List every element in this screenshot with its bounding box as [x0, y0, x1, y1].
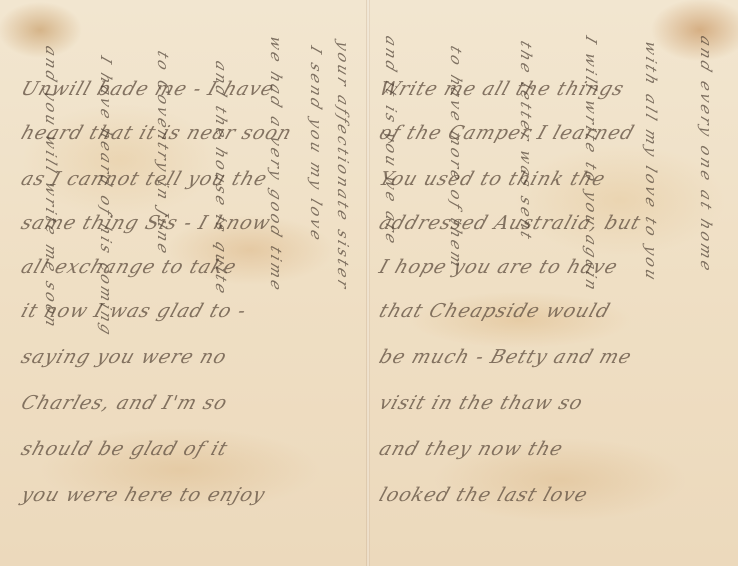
handwriting-line: and they now the [376, 438, 566, 460]
cross-writing-line: and every one at home [697, 33, 715, 276]
cross-writing-line: your affectionate sister [334, 38, 352, 293]
cross-writing-line: and you will write me soon [42, 43, 60, 332]
handwriting-line: addressed Australia, but [376, 212, 643, 234]
cross-writing-line: and it is you we are [382, 33, 400, 249]
handwriting-line: that Cheapside would [376, 300, 613, 322]
cross-writing-line: to Coventry in June [154, 48, 172, 259]
cross-writing-line: I will write to you again [582, 33, 600, 295]
letter-sheet: Unwill bade me - I have heard that it is… [0, 0, 738, 566]
handwriting-line: you were here to enjoy [18, 484, 268, 506]
cross-writing-line: and the house is quite [212, 58, 230, 299]
cross-writing-line: to have more of them [447, 43, 465, 272]
handwriting-line: Charles, and I'm so [18, 392, 230, 414]
handwriting-line: You used to think the [376, 168, 608, 190]
cross-writing-line: I have heard of his coming [97, 53, 115, 340]
left-page: Unwill bade me - I have heard that it is… [0, 0, 366, 566]
cross-writing-line: I send you my love [307, 43, 325, 245]
cross-writing-line: with all my love to you [642, 38, 660, 285]
handwriting-line: should be glad of it [18, 438, 231, 460]
handwriting-line: saying you were no [18, 346, 229, 368]
handwriting-line: looked the last love [376, 484, 591, 506]
cross-writing-line: the letter was sent [517, 38, 535, 244]
handwriting-line: visit in the thaw so [376, 392, 586, 414]
right-page: Write me all the things of the Camper I … [370, 0, 738, 566]
cross-writing-line: we had a very good time [267, 33, 285, 295]
handwriting-line: be much - Betty and me [376, 346, 635, 368]
